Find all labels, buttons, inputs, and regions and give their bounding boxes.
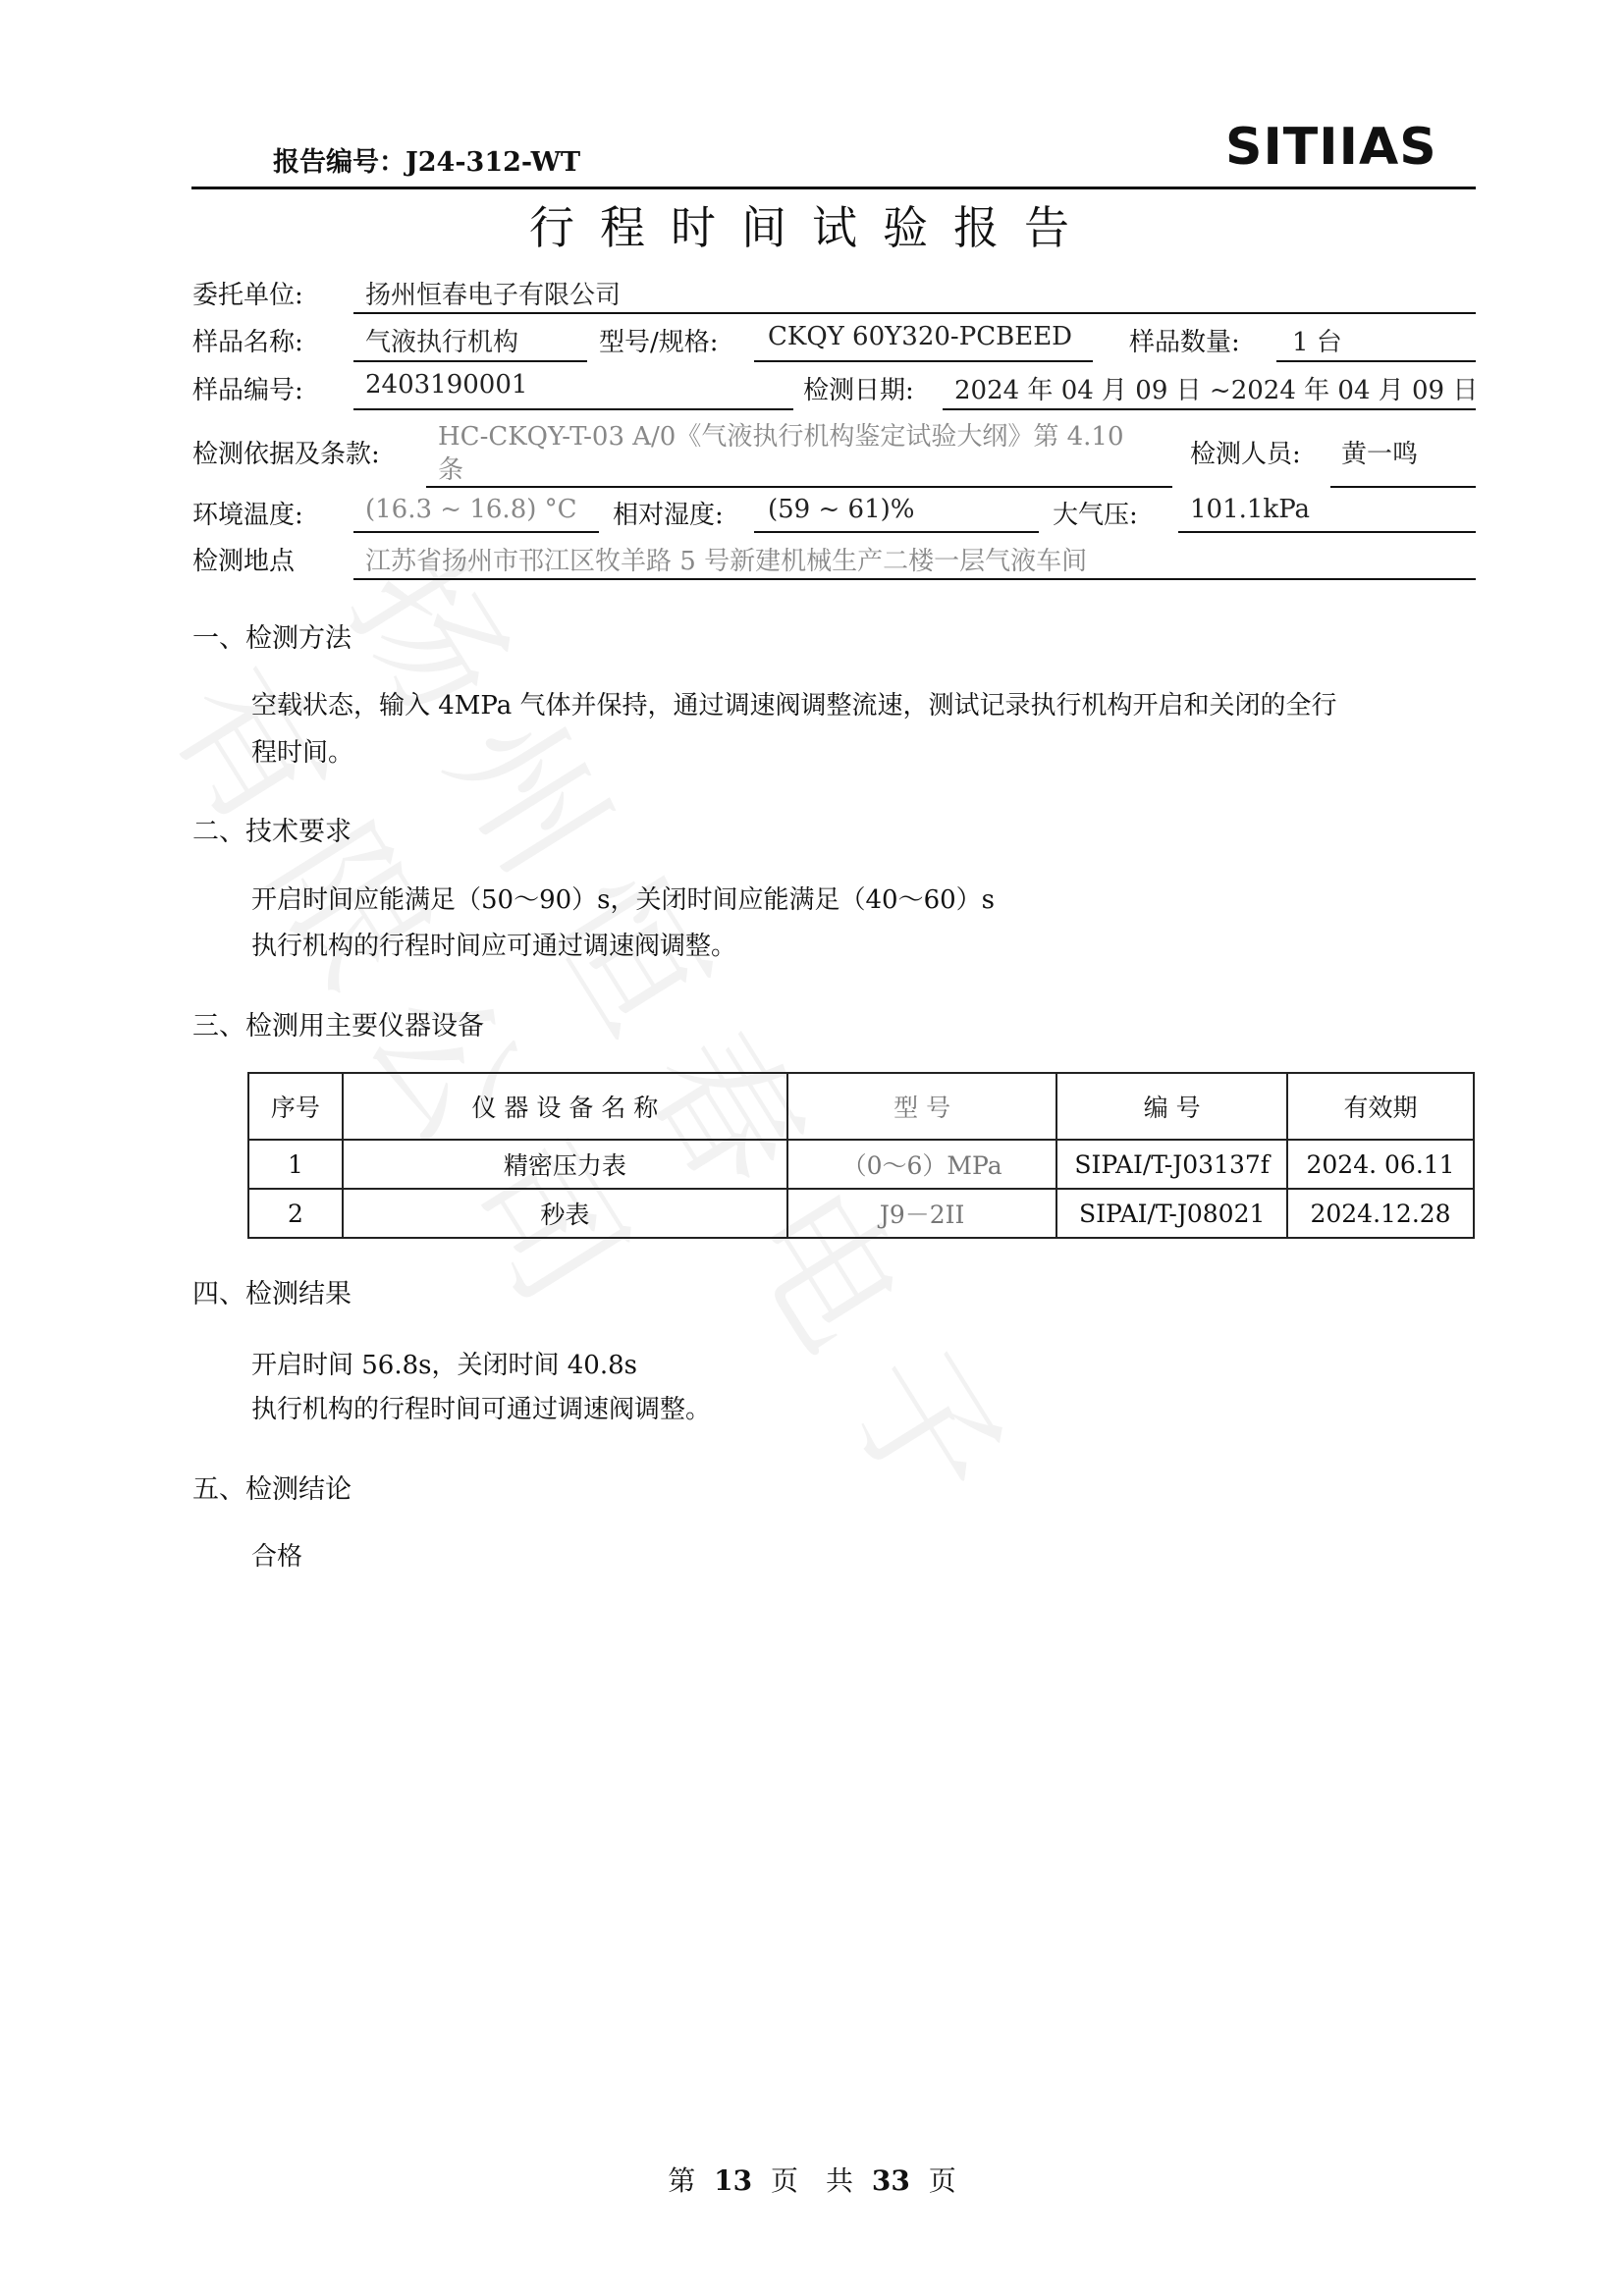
report-number-value: J24-312-WT: [406, 147, 580, 178]
test-date-underline: [943, 408, 1476, 410]
section-results-heading: 四、检测结果: [192, 1272, 352, 1310]
col-header-name: 仪 器 设 备 名 称: [343, 1073, 787, 1140]
basis-underline: [426, 486, 1172, 488]
sample-name-label: 样品名称:: [192, 322, 303, 358]
sample-no-label: 样品编号:: [192, 370, 303, 406]
col-header-validity: 有效期: [1287, 1073, 1474, 1140]
humidity-underline: [754, 531, 1039, 533]
cell-index: 2: [248, 1189, 343, 1238]
client-value: 扬州恒春电子有限公司: [365, 275, 621, 311]
table-row: 1 精密压力表 （0～6）MPa SIPAI/T-J03137f 2024. 0…: [248, 1140, 1474, 1189]
cell-model: （0～6）MPa: [787, 1140, 1057, 1189]
location-value: 江苏省扬州市邗江区牧羊路 5 号新建机械生产二楼一层气液车间: [365, 541, 1087, 577]
section-equipment-heading: 三、检测用主要仪器设备: [192, 1004, 484, 1042]
section-results-line2: 执行机构的行程时间可通过调速阀调整。: [251, 1389, 711, 1425]
tester-value: 黄一鸣: [1341, 434, 1418, 470]
report-number: 报告编号：J24-312-WT: [273, 140, 580, 179]
section-method-line1: 空载状态，输入 4MPa 气体并保持，通过调速阀调整流速，测试记录执行机构开启和…: [251, 685, 1337, 721]
model-underline: [754, 360, 1093, 362]
quantity-underline: [1276, 360, 1476, 362]
cell-serial: SIPAI/T-J08021: [1056, 1189, 1287, 1238]
quantity-value: 1 台: [1292, 322, 1342, 358]
section-conclusion-text: 合格: [251, 1536, 302, 1573]
page-total: 33: [872, 2164, 910, 2197]
location-underline: [353, 578, 1476, 580]
section-conclusion-heading: 五、检测结论: [192, 1468, 352, 1506]
cell-serial: SIPAI/T-J03137f: [1056, 1140, 1287, 1189]
basis-value-line2: 条: [438, 450, 463, 486]
sample-name-value: 气液执行机构: [365, 322, 518, 358]
section-results-line1: 开启时间 56.8s，关闭时间 40.8s: [251, 1345, 637, 1381]
cell-name: 精密压力表: [343, 1140, 787, 1189]
col-header-index: 序号: [248, 1073, 343, 1140]
page-footer: 第 13 页 共 33 页: [0, 2160, 1624, 2199]
test-date-value: 2024 年 04 月 09 日 ~2024 年 04 月 09 日: [954, 370, 1478, 406]
table-header-row: 序号 仪 器 设 备 名 称 型 号 编 号 有效期: [248, 1073, 1474, 1140]
report-number-label: 报告编号：: [273, 147, 406, 178]
sample-no-underline: [353, 408, 793, 410]
company-logo: SITIIAS: [1225, 118, 1437, 177]
header-rule: [191, 187, 1476, 189]
section-requirements-heading: 二、技术要求: [192, 810, 352, 848]
page-mid: 页 共: [771, 2164, 853, 2197]
location-label: 检测地点: [192, 541, 295, 577]
pressure-value: 101.1kPa: [1190, 495, 1310, 524]
model-value: CKQY 60Y320-PCBEED: [768, 322, 1072, 351]
cell-model: J9－2II: [787, 1189, 1057, 1238]
humidity-value: (59 ~ 61)%: [768, 495, 914, 524]
tester-underline: [1330, 486, 1476, 488]
page-number: 13: [714, 2164, 752, 2197]
section-requirements-line1: 开启时间应能满足（50～90）s，关闭时间应能满足（40～60）s: [251, 880, 995, 916]
equipment-table: 序号 仪 器 设 备 名 称 型 号 编 号 有效期 1 精密压力表 （0～6）…: [247, 1072, 1475, 1239]
col-header-model: 型 号: [787, 1073, 1057, 1140]
basis-label: 检测依据及条款:: [192, 434, 380, 470]
page-suffix: 页: [929, 2164, 956, 2197]
cell-index: 1: [248, 1140, 343, 1189]
tester-label: 检测人员:: [1190, 434, 1301, 470]
page-title: 行程时间试验报告: [0, 192, 1624, 257]
sample-name-underline: [353, 360, 587, 362]
page-prefix: 第: [668, 2164, 695, 2197]
section-requirements-line2: 执行机构的行程时间应可通过调速阀调整。: [251, 926, 736, 962]
test-date-label: 检测日期:: [803, 370, 914, 406]
basis-value-line1: HC-CKQY-T-03 A/0《气液执行机构鉴定试验大纲》第 4.10: [438, 416, 1124, 453]
temp-label: 环境温度:: [192, 495, 303, 531]
pressure-underline: [1178, 531, 1476, 533]
humidity-label: 相对湿度:: [613, 495, 724, 531]
sample-no-value: 2403190001: [365, 370, 527, 400]
temp-underline: [353, 531, 599, 533]
cell-name: 秒表: [343, 1189, 787, 1238]
section-method-heading: 一、检测方法: [192, 616, 352, 655]
quantity-label: 样品数量:: [1129, 322, 1240, 358]
client-label: 委托单位:: [192, 275, 303, 311]
temp-value: (16.3 ~ 16.8) °C: [365, 495, 577, 524]
col-header-serial: 编 号: [1056, 1073, 1287, 1140]
client-underline: [353, 312, 1476, 314]
cell-validity: 2024.12.28: [1287, 1189, 1474, 1238]
pressure-label: 大气压:: [1053, 495, 1138, 531]
cell-validity: 2024. 06.11: [1287, 1140, 1474, 1189]
table-row: 2 秒表 J9－2II SIPAI/T-J08021 2024.12.28: [248, 1189, 1474, 1238]
model-label: 型号/规格:: [599, 322, 719, 358]
section-method-line2: 程时间。: [251, 732, 353, 769]
